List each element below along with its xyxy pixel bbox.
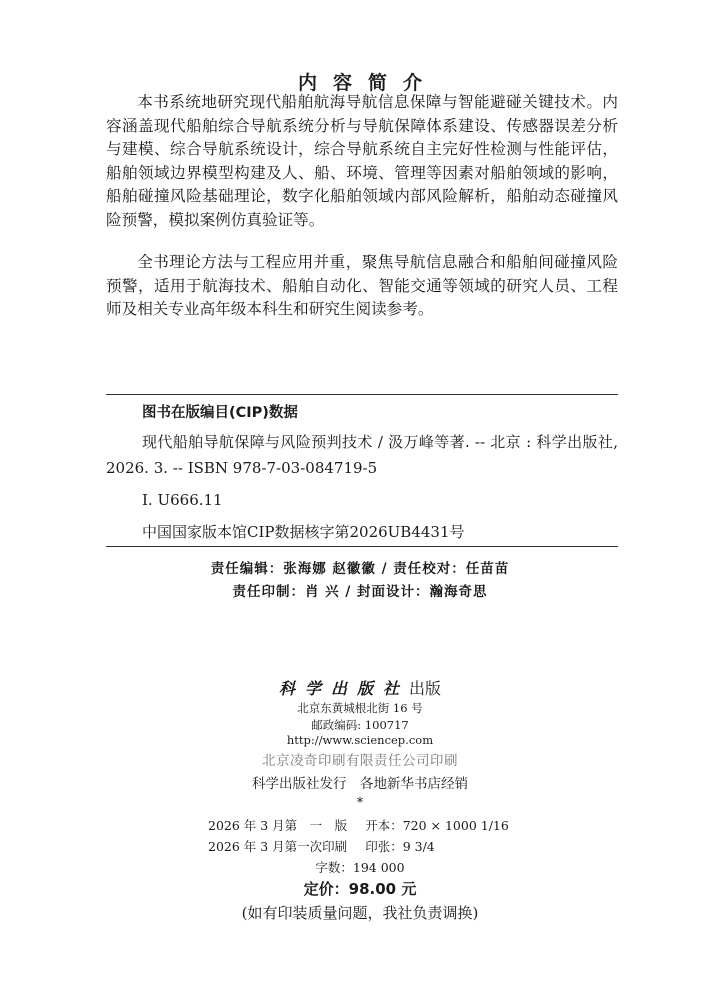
intro-paragraph-1: 本书系统地研究现代船舶航海导航信息保障与智能避碰关键技术。内容涵盖现代船舶综合导… xyxy=(106,91,618,233)
quality-note: (如有印装质量问题，我社负责调换) xyxy=(0,902,720,923)
publisher-address: 北京东黄城根北街 16 号 xyxy=(0,700,720,716)
separator-star: * xyxy=(0,795,720,811)
cip-heading: 图书在版编目(CIP)数据 xyxy=(142,401,298,422)
publisher-url: http://www.sciencep.com xyxy=(0,733,720,747)
postcode: 邮政编码: 100717 xyxy=(0,717,720,733)
cip-classification: Ⅰ. U666.11 xyxy=(142,491,223,509)
credits-editors: 责任编辑：张海娜 赵徽徽 / 责任校对：任苗苗 xyxy=(0,557,720,577)
publisher-name: 科学出版社 xyxy=(279,679,409,698)
cip-top-rule xyxy=(106,394,618,395)
publisher-suffix: 出版 xyxy=(409,679,441,698)
printing: 2026 年 3 月第一次印刷 xyxy=(208,837,347,855)
cip-entry: 现代船舶导航保障与风险预判技术 / 汲万峰等著. -- 北京 : 科学出版社, … xyxy=(106,429,618,481)
printing-line: 2026 年 3 月第一次印刷印张：9 3/4 xyxy=(208,837,435,855)
cip-record-number: 中国国家版本馆CIP数据核字第2026UB4431号 xyxy=(142,521,465,542)
cip-bottom-rule xyxy=(106,546,618,547)
credits-production: 责任印制：肖 兴 / 封面设计：瀚海奇思 xyxy=(0,580,720,600)
intro-paragraph-2: 全书理论方法与工程应用并重，聚焦导航信息融合和船舶间碰撞风险预警，适用于航海技术… xyxy=(106,251,618,322)
sheets: 印张：9 3/4 xyxy=(365,837,435,855)
printer: 北京凌奇印刷有限责任公司印刷 xyxy=(0,749,720,769)
price: 定价：98.00 元 xyxy=(0,878,720,899)
publisher-line: 科学出版社出版 xyxy=(0,676,720,699)
distribution: 科学出版社发行 各地新华书店经销 xyxy=(0,772,720,792)
edition: 2026 年 3 月第 一 版 xyxy=(208,816,347,834)
word-count: 字数：194 000 xyxy=(0,858,720,876)
edition-line: 2026 年 3 月第 一 版开本：720 × 1000 1/16 xyxy=(208,816,509,834)
format: 开本：720 × 1000 1/16 xyxy=(365,816,509,834)
